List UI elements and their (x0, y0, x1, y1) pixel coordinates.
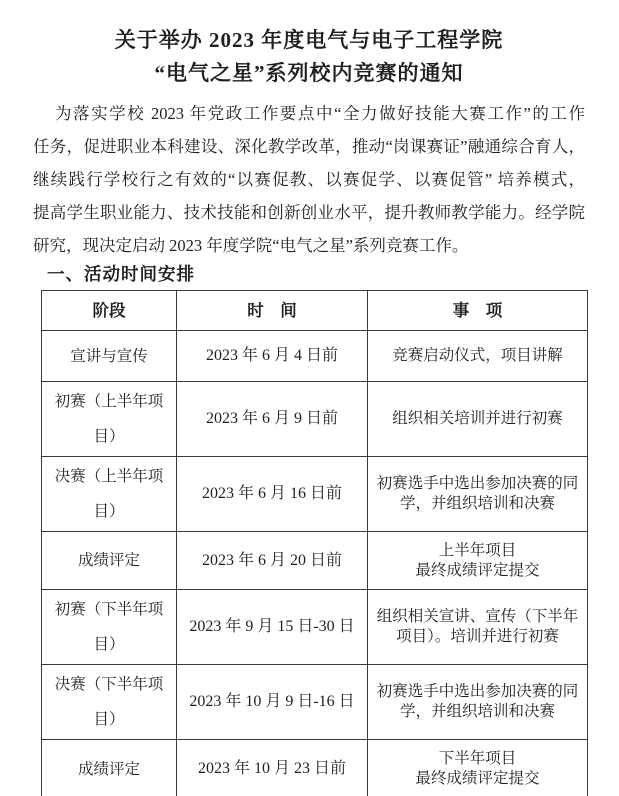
items-cell: 下半年项目最终成绩评定提交 (368, 740, 588, 796)
time-cell: 2023 年 6 月 20 日前 (177, 532, 368, 590)
stage-cell: 决赛（上半年项目） (42, 457, 177, 532)
items-cell: 组织相关宣讲、宣传（下半年项目）。培训并进行初赛 (368, 590, 588, 665)
cell-line: 2023 年 6 月 16 日前 (181, 482, 363, 506)
cell-line: 2023 年 6 月 4 日前 (181, 344, 363, 368)
time-cell: 2023 年 6 月 4 日前 (177, 331, 368, 382)
cell-line: 2023 年 6 月 9 日前 (181, 407, 363, 431)
stage-cell: 成绩评定 (42, 740, 177, 796)
cell-line: 目） (46, 494, 172, 529)
cell-line: 项目）。培训并进行初赛 (372, 627, 583, 647)
stage-cell: 宣讲与宣传 (42, 331, 177, 382)
table-row: 成绩评定2023 年 6 月 20 日前上半年项目最终成绩评定提交 (42, 532, 588, 590)
cell-line: 决赛（下半年项 (46, 667, 172, 702)
time-cell: 2023 年 9 月 15 日-30 日 (177, 590, 368, 665)
title-line-1: 关于举办 2023 年度电气与电子工程学院 (33, 24, 585, 57)
intro-paragraph: 为落实学校 2023 年党政工作要点中“全力做好技能大赛工作”的工作任务，促进职… (33, 97, 585, 262)
header-stage: 阶段 (42, 291, 177, 331)
cell-line: 下半年项目 (372, 749, 583, 769)
cell-line: 初赛选手中选出参加决赛的同 (372, 474, 583, 494)
time-cell: 2023 年 6 月 16 日前 (177, 457, 368, 532)
cell-line: 初赛（下半年项 (46, 592, 172, 627)
stage-cell: 初赛（上半年项目） (42, 382, 177, 457)
paragraph-line: 提高学生职业能力、技术技能和创新创业水平，提升教师教学能力。经学院 (33, 196, 585, 229)
cell-line: 成绩评定 (46, 752, 172, 787)
items-cell: 初赛选手中选出参加决赛的同学，并组织培训和决赛 (368, 665, 588, 740)
time-cell: 2023 年 6 月 9 日前 (177, 382, 368, 457)
table-row: 初赛（上半年项目）2023 年 6 月 9 日前组织相关培训并进行初赛 (42, 382, 588, 457)
cell-line: 2023 年 10 月 23 日前 (181, 757, 363, 781)
items-cell: 竞赛启动仪式，项目讲解 (368, 331, 588, 382)
cell-line: 初赛（上半年项 (46, 384, 172, 419)
cell-line: 学，并组织培训和决赛 (372, 494, 583, 514)
cell-line: 组织相关宣讲、宣传（下半年 (372, 607, 583, 627)
cell-line: 目） (46, 627, 172, 662)
cell-line: 宣讲与宣传 (46, 339, 172, 374)
paragraph-line: 为落实学校 2023 年党政工作要点中“全力做好技能大赛工作”的工作 (33, 97, 585, 130)
table-row: 初赛（下半年项目）2023 年 9 月 15 日-30 日组织相关宣讲、宣传（下… (42, 590, 588, 665)
cell-line: 最终成绩评定提交 (372, 769, 583, 789)
table-row: 决赛（下半年项目）2023 年 10 月 9 日-16 日初赛选手中选出参加决赛… (42, 665, 588, 740)
table-row: 决赛（上半年项目）2023 年 6 月 16 日前初赛选手中选出参加决赛的同学，… (42, 457, 588, 532)
table-header-row: 阶段 时 间 事 项 (42, 291, 588, 331)
items-cell: 上半年项目最终成绩评定提交 (368, 532, 588, 590)
table-row: 成绩评定2023 年 10 月 23 日前下半年项目最终成绩评定提交 (42, 740, 588, 796)
items-cell: 初赛选手中选出参加决赛的同学，并组织培训和决赛 (368, 457, 588, 532)
items-cell: 组织相关培训并进行初赛 (368, 382, 588, 457)
cell-line: 2023 年 6 月 20 日前 (181, 549, 363, 573)
time-cell: 2023 年 10 月 9 日-16 日 (177, 665, 368, 740)
header-time: 时 间 (177, 291, 368, 331)
title-line-2: “电气之星”系列校内竞赛的通知 (33, 57, 585, 90)
paragraph-line: 任务，促进职业本科建设、深化教学改革，推动“岗课赛证”融通综合育人， (33, 130, 585, 163)
paragraph-line: 继续践行学校行之有效的“以赛促教、以赛促学、以赛促管” 培养模式， (33, 163, 585, 196)
time-cell: 2023 年 10 月 23 日前 (177, 740, 368, 796)
cell-line: 上半年项目 (372, 541, 583, 561)
cell-line: 学，并组织培训和决赛 (372, 702, 583, 722)
table-row: 宣讲与宣传2023 年 6 月 4 日前竞赛启动仪式，项目讲解 (42, 331, 588, 382)
schedule-table: 阶段 时 间 事 项 宣讲与宣传2023 年 6 月 4 日前竞赛启动仪式，项目… (41, 290, 588, 796)
document-page: 关于举办 2023 年度电气与电子工程学院 “电气之星”系列校内竞赛的通知 为落… (0, 0, 619, 796)
header-items: 事 项 (368, 291, 588, 331)
cell-line: 组织相关培训并进行初赛 (372, 409, 583, 429)
cell-line: 成绩评定 (46, 543, 172, 578)
cell-line: 决赛（上半年项 (46, 459, 172, 494)
paragraph-line: 研究，现决定启动 2023 年度学院“电气之星”系列竞赛工作。 (33, 229, 585, 262)
cell-line: 目） (46, 702, 172, 737)
cell-line: 最终成绩评定提交 (372, 561, 583, 581)
cell-line: 2023 年 10 月 9 日-16 日 (181, 690, 363, 714)
stage-cell: 成绩评定 (42, 532, 177, 590)
cell-line: 2023 年 9 月 15 日-30 日 (181, 615, 363, 639)
cell-line: 竞赛启动仪式，项目讲解 (372, 346, 583, 366)
section-heading: 一、活动时间安排 (47, 262, 585, 287)
document-title: 关于举办 2023 年度电气与电子工程学院 “电气之星”系列校内竞赛的通知 (33, 24, 585, 90)
cell-line: 目） (46, 419, 172, 454)
stage-cell: 决赛（下半年项目） (42, 665, 177, 740)
stage-cell: 初赛（下半年项目） (42, 590, 177, 665)
cell-line: 初赛选手中选出参加决赛的同 (372, 682, 583, 702)
